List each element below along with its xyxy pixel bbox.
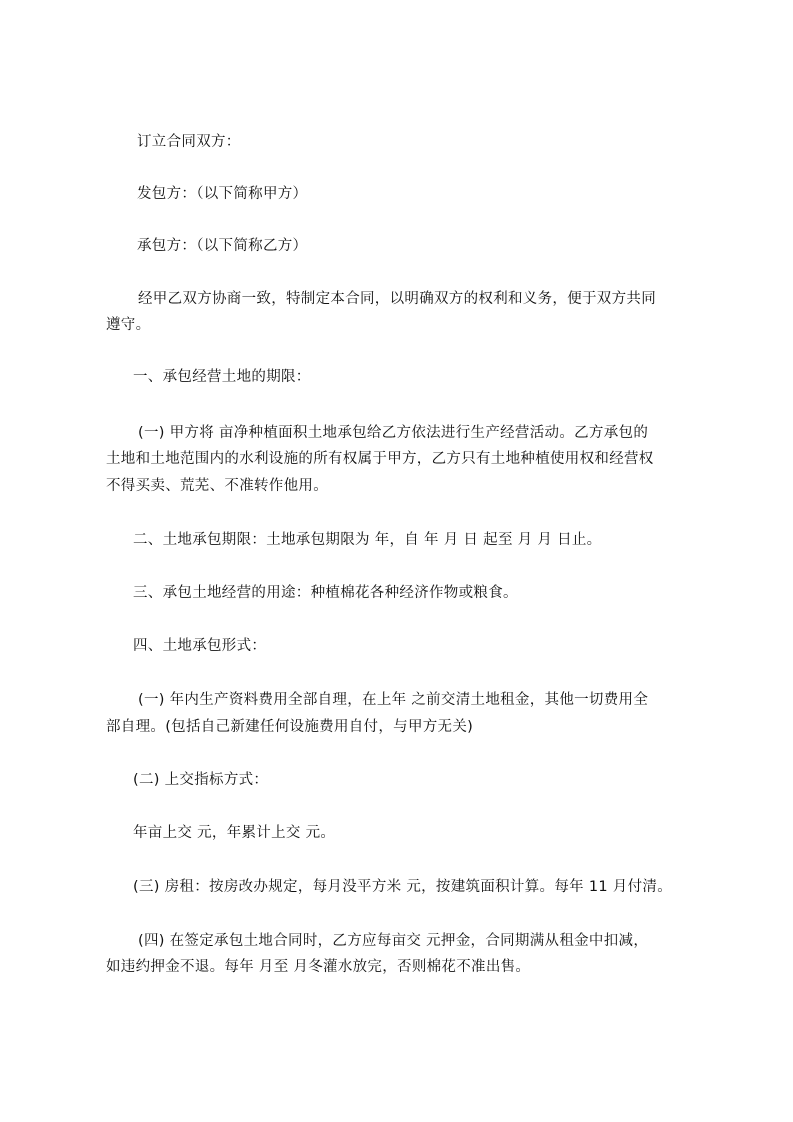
section-4-4-line-2: 如违约押金不退。每年 月至 月冬灌水放完，否则棉花不准出售。: [106, 957, 530, 977]
section-1-heading: 一、承包经营土地的期限：: [133, 367, 311, 387]
section-4-4-line-1: (四) 在签定承包土地合同时，乙方应每亩交 元押金，合同期满从租金中扣减，: [138, 931, 648, 951]
section-4-2-heading: (二) 上交指标方式：: [133, 770, 268, 790]
section-2-term: 二、土地承包期限：土地承包期限为 年，自 年 月 日 起至 月 月 日止。: [133, 530, 601, 550]
party-a-line: 发包方：（以下简称甲方）: [137, 184, 307, 204]
section-4-1-line-2: 部自理。(包括自己新建任何设施费用自付，与甲方无关): [106, 717, 473, 737]
parties-heading: 订立合同双方：: [137, 132, 241, 152]
section-4-1-line-1: (一) 年内生产资料费用全部自理，在上年 之前交清土地租金，其他一切费用全: [138, 690, 648, 710]
section-4-2-body: 年亩上交 元，年累计上交 元。: [133, 823, 335, 843]
preamble-line-1: 经甲乙双方协商一致，特制定本合同，以明确双方的权利和义务，便于双方共同: [138, 289, 656, 309]
party-b-line: 承包方：（以下简称乙方）: [137, 236, 307, 256]
section-4-3-rent: (三) 房租：按房改办规定，每月没平方米 元，按建筑面积计算。每年 11 月付清…: [133, 877, 672, 897]
preamble-line-2: 遵守。: [106, 315, 150, 335]
document-page: 订立合同双方： 发包方：（以下简称甲方） 承包方：（以下简称乙方） 经甲乙双方协…: [0, 0, 793, 1122]
section-1-1-line-3: 不得买卖、荒芜、不准转作他用。: [106, 476, 328, 496]
section-1-1-line-1: (一) 甲方将 亩净种植面积土地承包给乙方依法进行生产经营活动。乙方承包的: [138, 423, 648, 443]
section-3-usage: 三、承包土地经营的用途：种植棉花各种经济作物或粮食。: [133, 583, 518, 603]
section-4-heading: 四、土地承包形式：: [133, 636, 266, 656]
section-1-1-line-2: 土地和土地范围内的水利设施的所有权属于甲方，乙方只有土地种植使用权和经营权: [106, 449, 654, 469]
